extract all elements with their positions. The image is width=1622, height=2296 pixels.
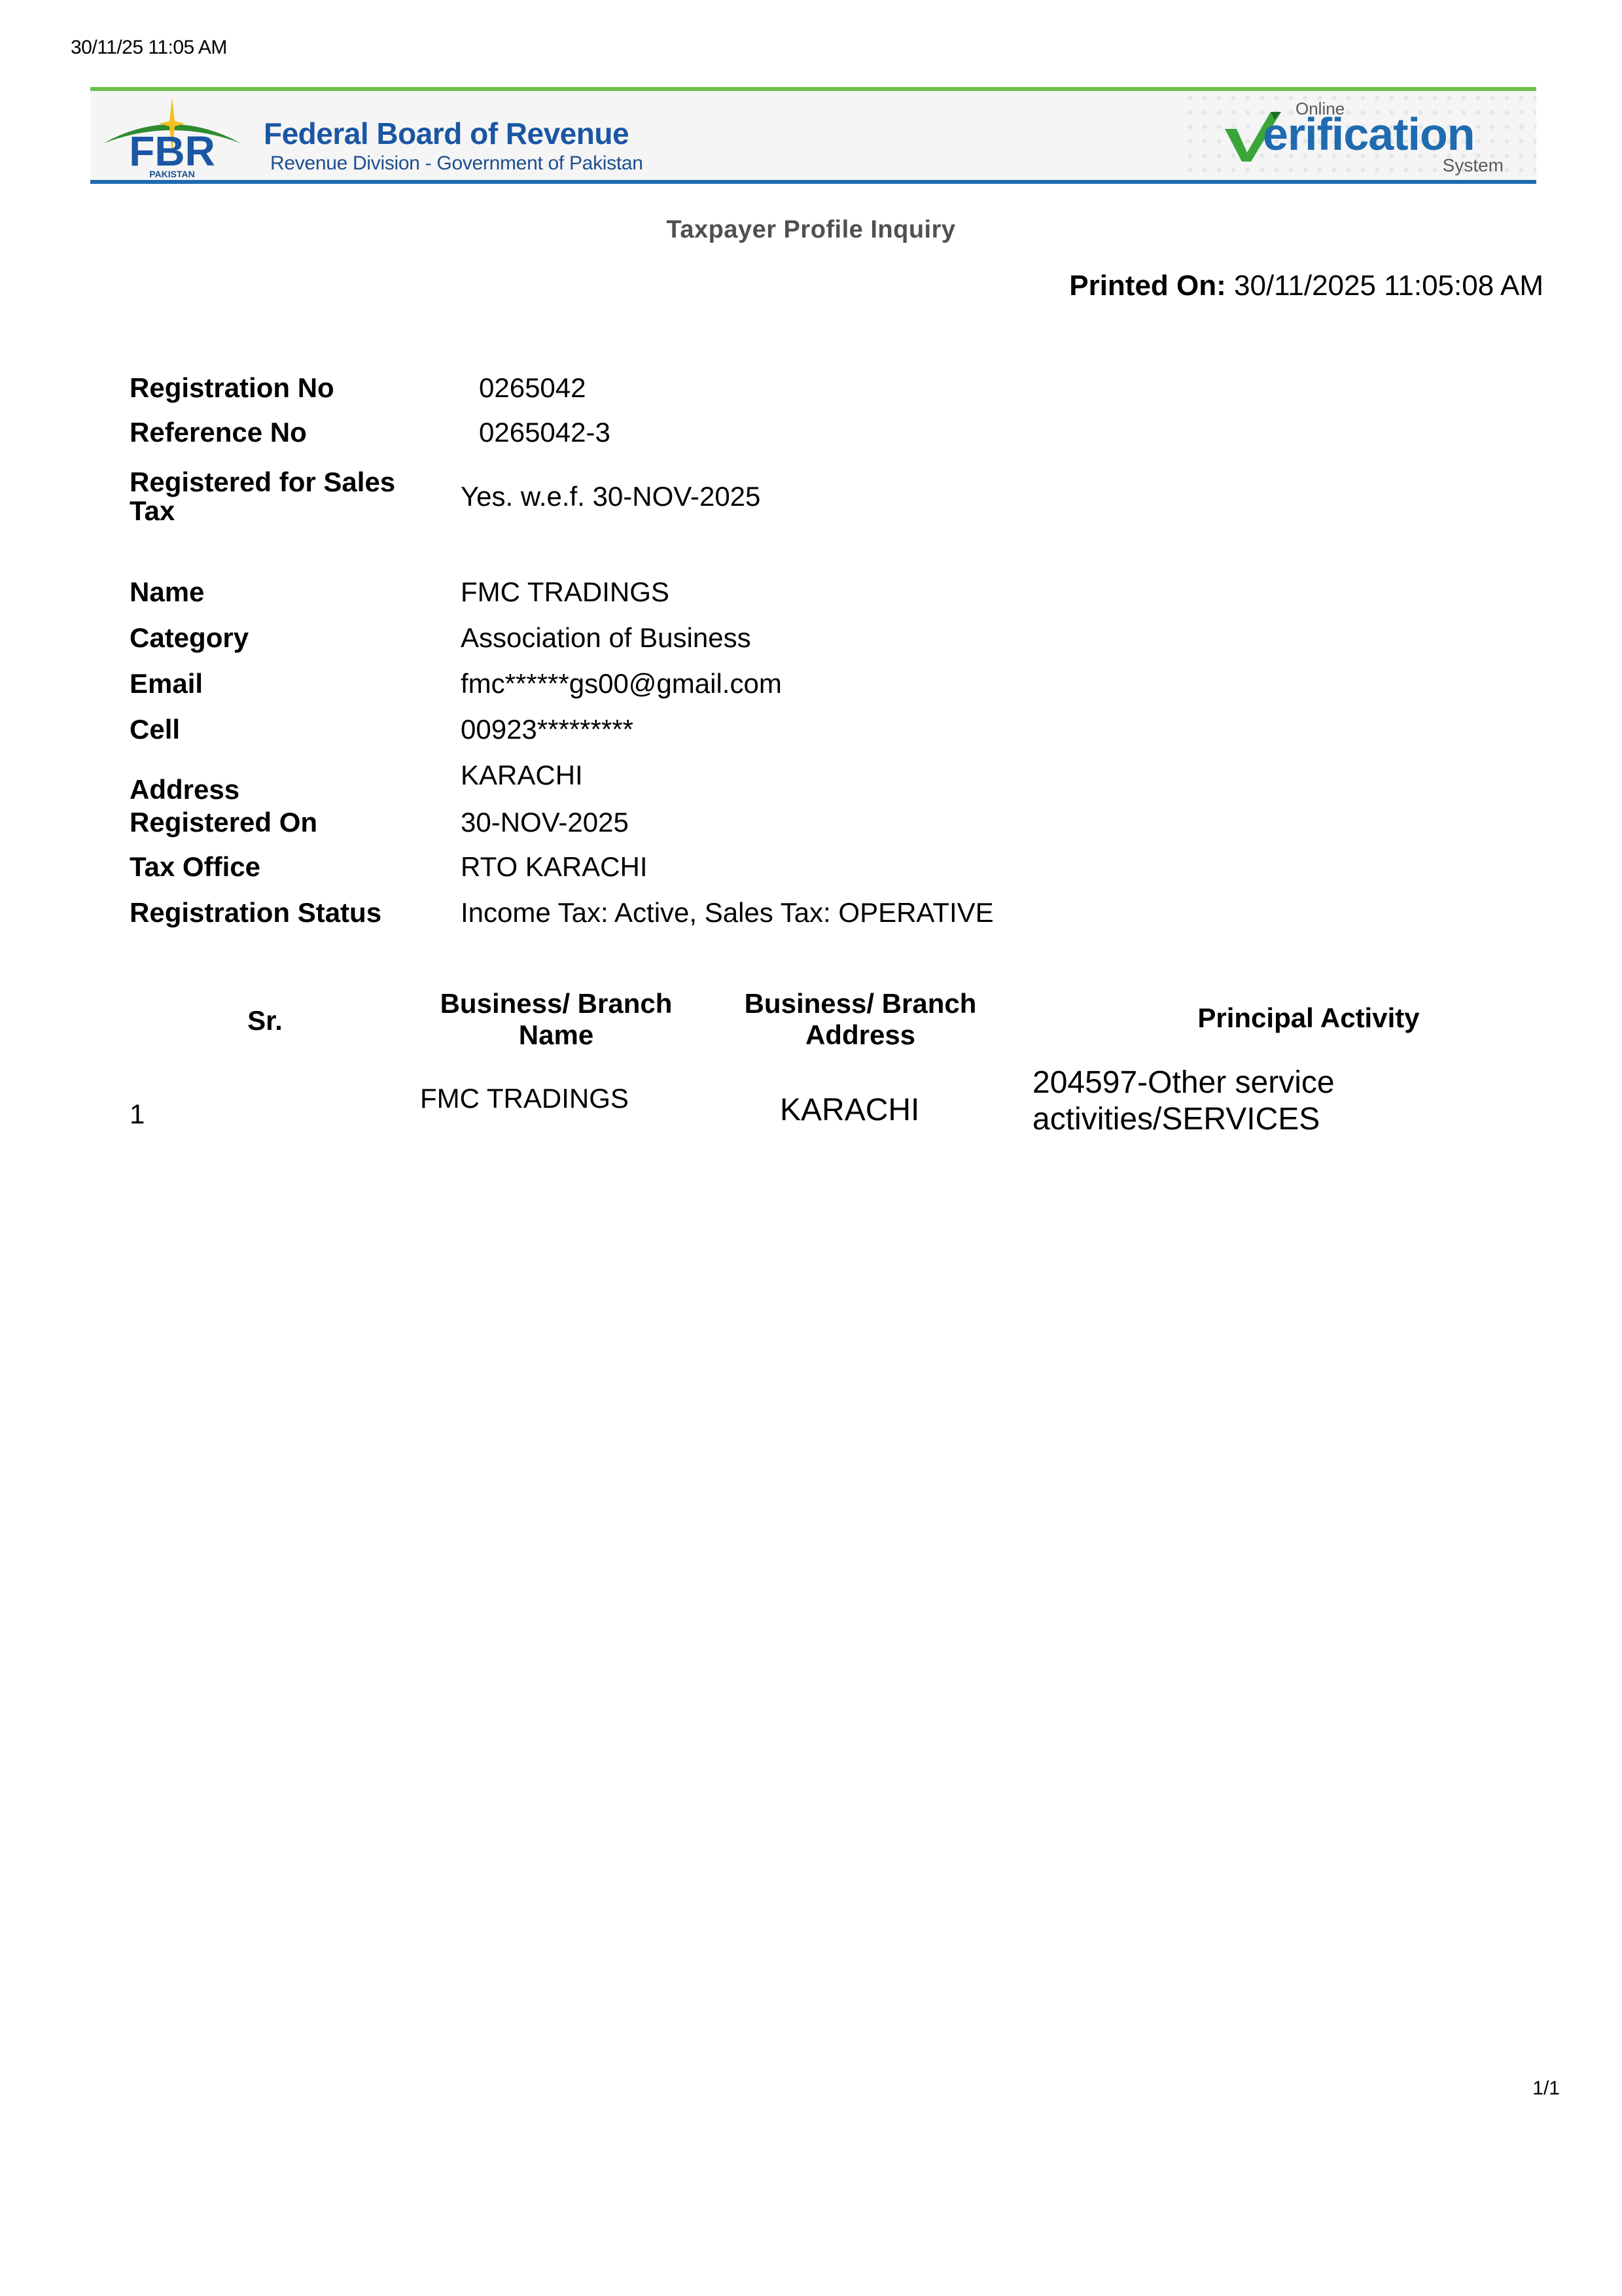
name-label: Name xyxy=(130,577,424,607)
column-header-principal-activity: Principal Activity xyxy=(1080,1002,1538,1034)
fbr-logo-icon: FBR PAKISTAN xyxy=(97,92,247,179)
registered-on-value: 30-NOV-2025 xyxy=(461,807,629,838)
svg-text:PAKISTAN: PAKISTAN xyxy=(149,169,194,179)
page-title: Taxpayer Profile Inquiry xyxy=(0,216,1622,244)
org-subtitle: Revenue Division - Government of Pakista… xyxy=(270,152,643,175)
printed-on-label: Printed On: xyxy=(1069,270,1226,302)
cell-value: 00923********* xyxy=(461,715,633,745)
registration-status-value: Income Tax: Active, Sales Tax: OPERATIVE xyxy=(461,898,994,928)
email-label: Email xyxy=(130,669,424,699)
category-value: Association of Business xyxy=(461,623,751,653)
ovs-system-text: System xyxy=(1443,155,1504,176)
registration-status-label: Registration Status xyxy=(130,898,424,928)
reference-no-label: Reference No xyxy=(130,417,424,448)
printed-on: Printed On: 30/11/2025 11:05:08 AM xyxy=(1069,270,1543,302)
cell-label: Cell xyxy=(130,715,424,745)
address-value: KARACHI xyxy=(461,760,583,790)
tax-office-label: Tax Office xyxy=(130,852,424,882)
category-label: Category xyxy=(130,623,424,653)
registered-sales-tax-value: Yes. w.e.f. 30-NOV-2025 xyxy=(461,482,760,512)
page-number: 1/1 xyxy=(1532,2077,1560,2100)
cell-branch-address: KARACHI xyxy=(780,1093,919,1128)
printed-on-value: 30/11/2025 11:05:08 AM xyxy=(1234,270,1543,302)
online-verification-logo: Online erification System xyxy=(1222,94,1504,179)
email-value: fmc******gs00@gmail.com xyxy=(461,669,782,699)
address-label: Address xyxy=(130,775,424,805)
registration-no-label: Registration No xyxy=(130,373,424,403)
cell-sr: 1 xyxy=(130,1097,145,1132)
registration-no-value: 0265042 xyxy=(479,373,586,403)
reference-no-value: 0265042-3 xyxy=(479,417,610,448)
tax-office-value: RTO KARACHI xyxy=(461,852,648,882)
fbr-banner: FBR PAKISTAN Federal Board of Revenue Re… xyxy=(90,87,1536,184)
ovs-verification-text: erification xyxy=(1263,108,1475,160)
cell-principal-activity-line1: 204597-Other service xyxy=(1032,1065,1335,1101)
print-timestamp: 30/11/25 11:05 AM xyxy=(71,37,227,59)
column-header-branch-address: Business/ Branch Address xyxy=(726,988,995,1051)
cell-branch-name: FMC TRADINGS xyxy=(420,1081,629,1116)
name-value: FMC TRADINGS xyxy=(461,577,669,607)
registered-on-label: Registered On xyxy=(130,807,424,838)
column-header-sr: Sr. xyxy=(196,1005,334,1036)
svg-text:FBR: FBR xyxy=(129,128,215,175)
column-header-branch-name: Business/ Branch Name xyxy=(419,988,694,1051)
registered-sales-tax-label: Registered for Sales Tax xyxy=(130,468,424,525)
cell-principal-activity-line2: activities/SERVICES xyxy=(1032,1102,1320,1137)
org-title: Federal Board of Revenue xyxy=(264,116,629,151)
